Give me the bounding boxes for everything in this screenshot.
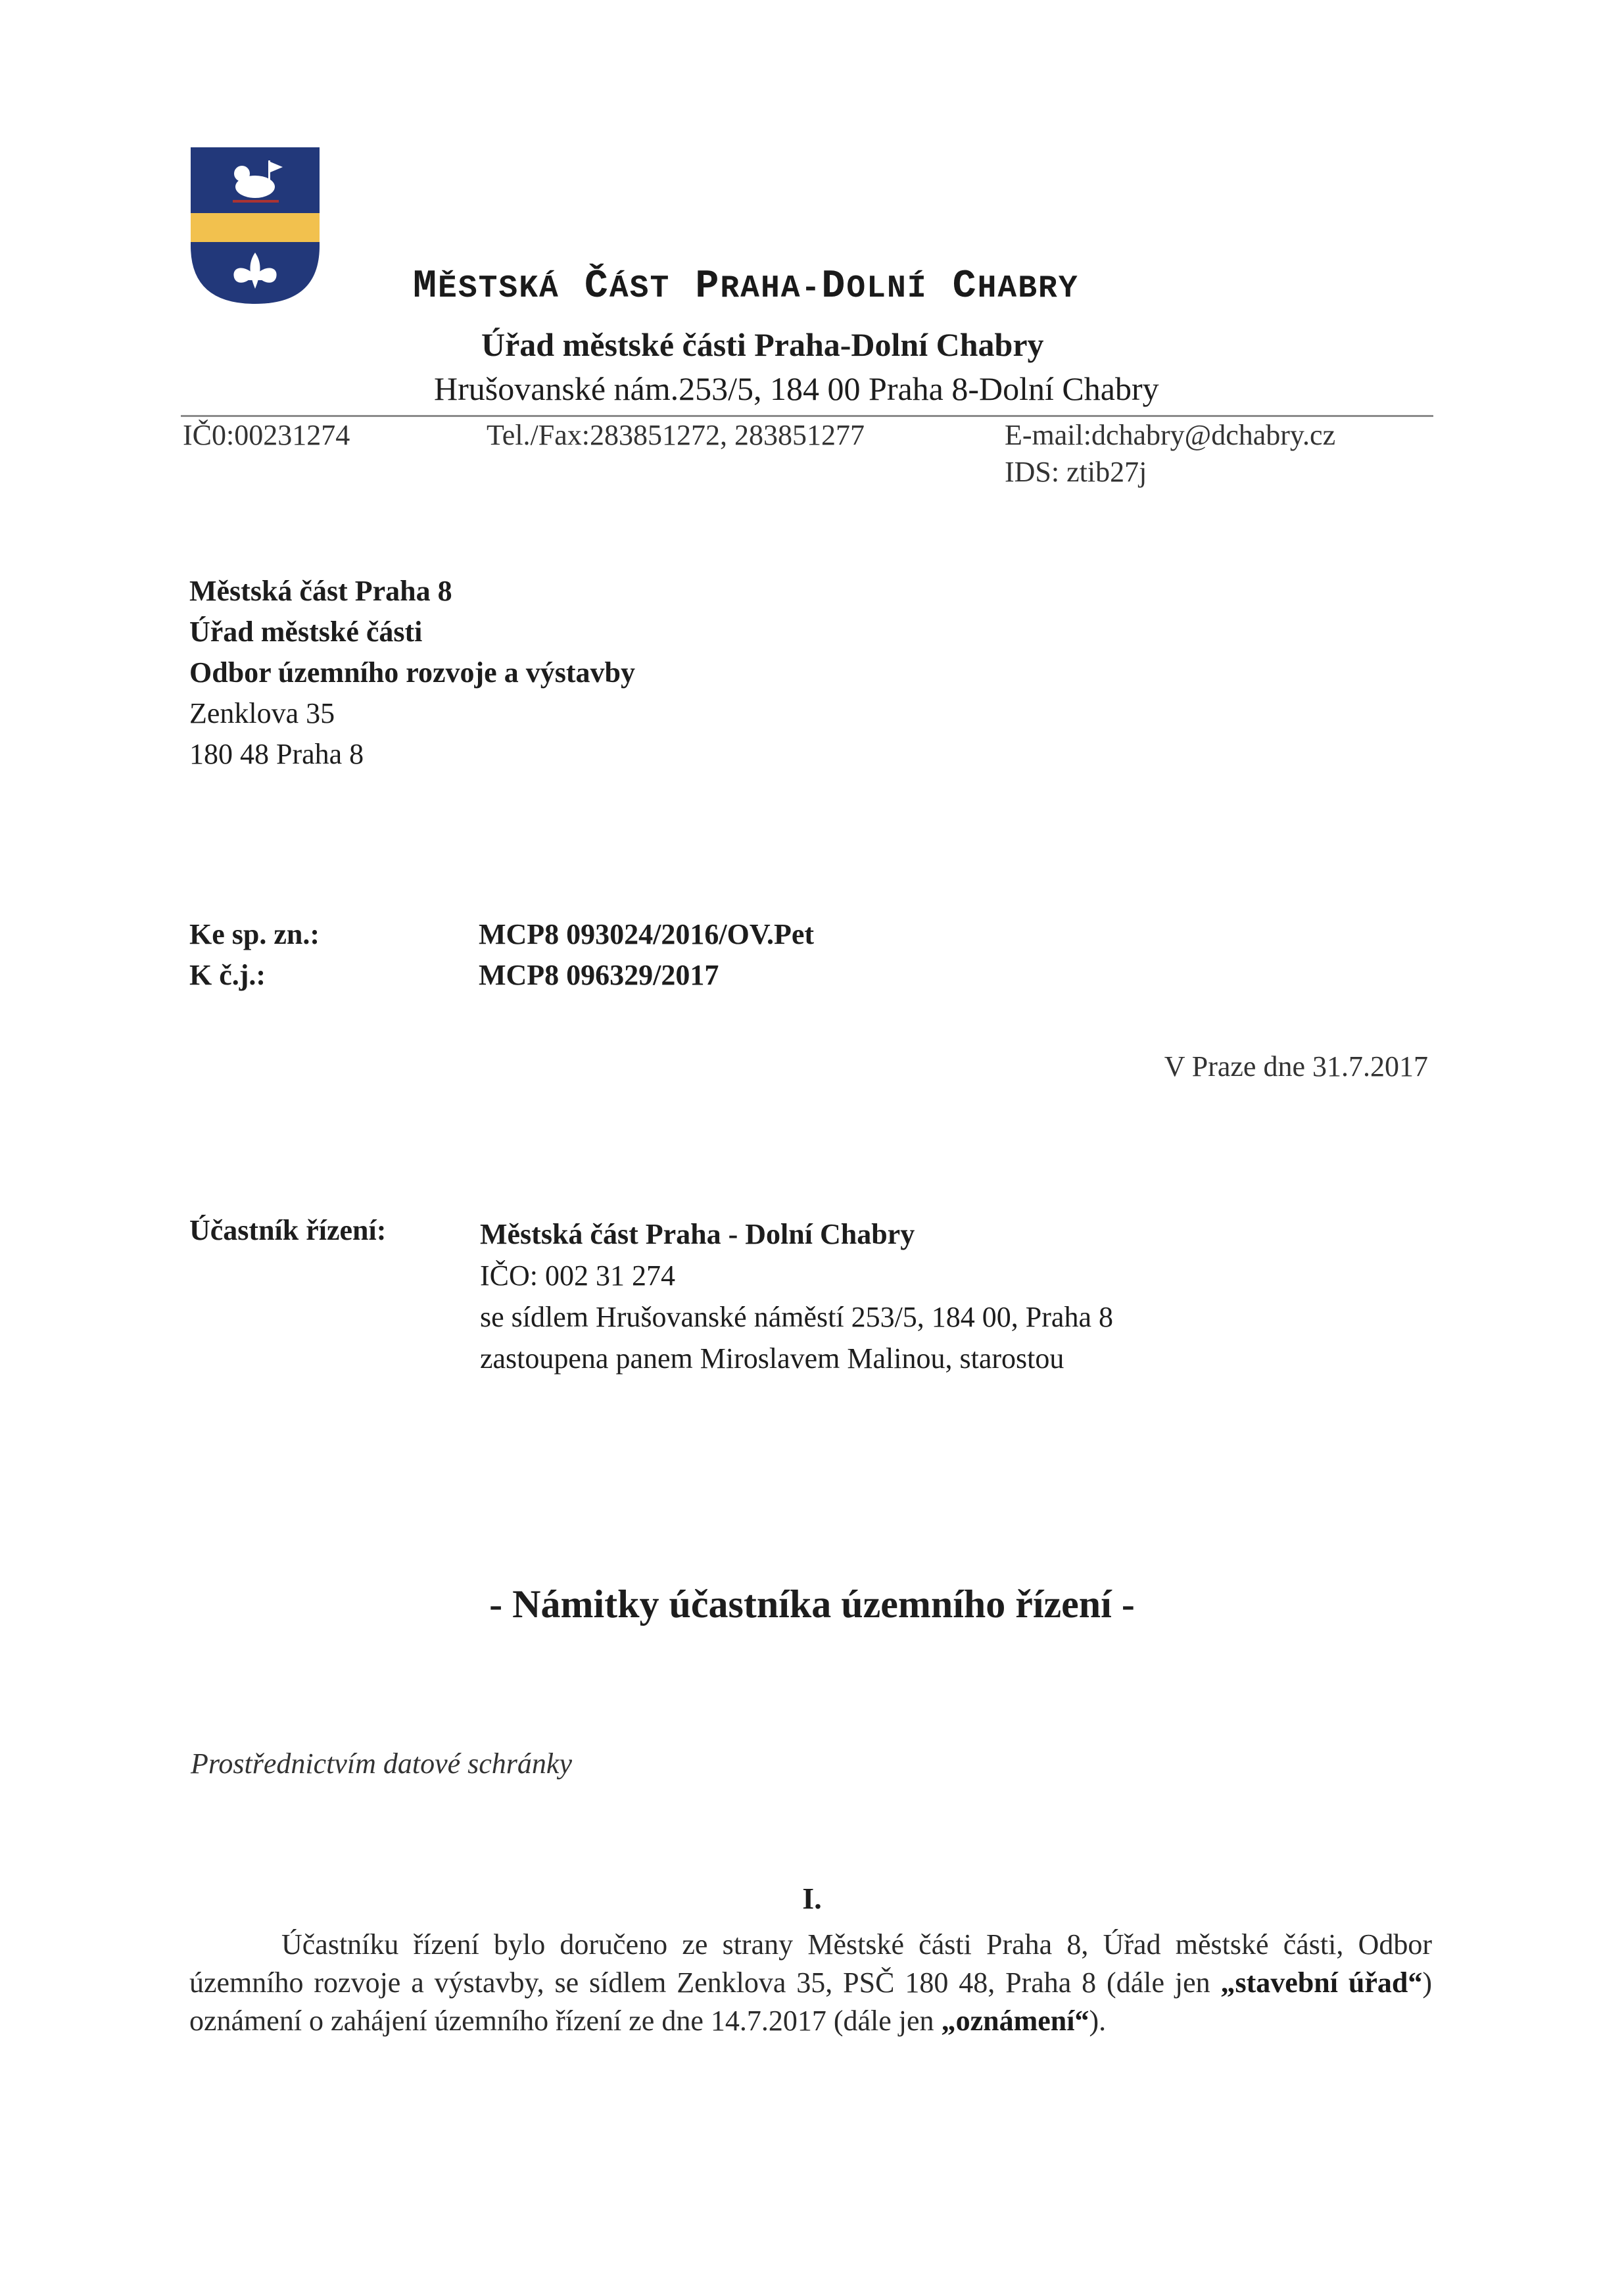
party-ico: IČO: 002 31 274 [480, 1255, 1113, 1296]
data-box-id: IDS: ztib27j [1005, 455, 1147, 489]
section-paragraph: Účastníku řízení bylo doručeno ze strany… [189, 1926, 1432, 2040]
reference-value: MCP8 093024/2016/OV.Pet [479, 918, 814, 950]
reference-label: Ke sp. zn.: [189, 914, 479, 955]
company-id: IČ0:00231274 [183, 418, 350, 452]
party-name: Městská část Praha - Dolní Chabry [480, 1213, 1113, 1255]
document-title: - Námitky účastníka územního řízení - [0, 1582, 1624, 1627]
reference-row: Ke sp. zn.:MCP8 093024/2016/OV.Pet [189, 914, 814, 955]
office-address: Hrušovanské nám.253/5, 184 00 Praha 8-Do… [434, 370, 1159, 408]
party-representative: zastoupena panem Miroslavem Malinou, sta… [480, 1338, 1113, 1379]
office-name: Úřad městské části Praha-Dolní Chabry [481, 326, 1044, 364]
email: E-mail:dchabry@dchabry.cz [1005, 418, 1335, 452]
party-details: Městská část Praha - Dolní Chabry IČO: 0… [480, 1213, 1113, 1379]
delivery-method: Prostřednictvím datové schránky [191, 1747, 572, 1780]
letterhead-divider [181, 415, 1433, 417]
phone-fax: Tel./Fax:283851272, 283851277 [487, 418, 865, 452]
document-date: V Praze dne 31.7.2017 [1164, 1050, 1428, 1083]
defined-term: „stavební úřad“ [1221, 1966, 1423, 1999]
coat-of-arms-icon [191, 147, 320, 304]
reference-row: K č.j.:MCP8 096329/2017 [189, 955, 814, 996]
reference-value: MCP8 096329/2017 [479, 959, 719, 991]
section-number: I. [0, 1881, 1624, 1916]
recipient-line: Odbor územního rozvoje a výstavby [189, 652, 635, 693]
reference-label: K č.j.: [189, 955, 479, 996]
recipient-line: Úřad městské části [189, 612, 635, 652]
party-label: Účastník řízení: [189, 1213, 386, 1247]
recipient-address: Městská část Praha 8 Úřad městské části … [189, 571, 635, 775]
recipient-line: 180 48 Praha 8 [189, 734, 635, 775]
municipality-title: MĚSTSKÁ ČÁST PRAHA-DOLNÍ CHABRY [413, 264, 1079, 309]
defined-term: „oznámení“ [942, 2005, 1089, 2037]
recipient-line: Městská část Praha 8 [189, 571, 635, 612]
recipient-line: Zenklova 35 [189, 693, 635, 734]
file-references: Ke sp. zn.:MCP8 093024/2016/OV.Pet K č.j… [189, 914, 814, 996]
party-seat: se sídlem Hrušovanské náměstí 253/5, 184… [480, 1296, 1113, 1338]
